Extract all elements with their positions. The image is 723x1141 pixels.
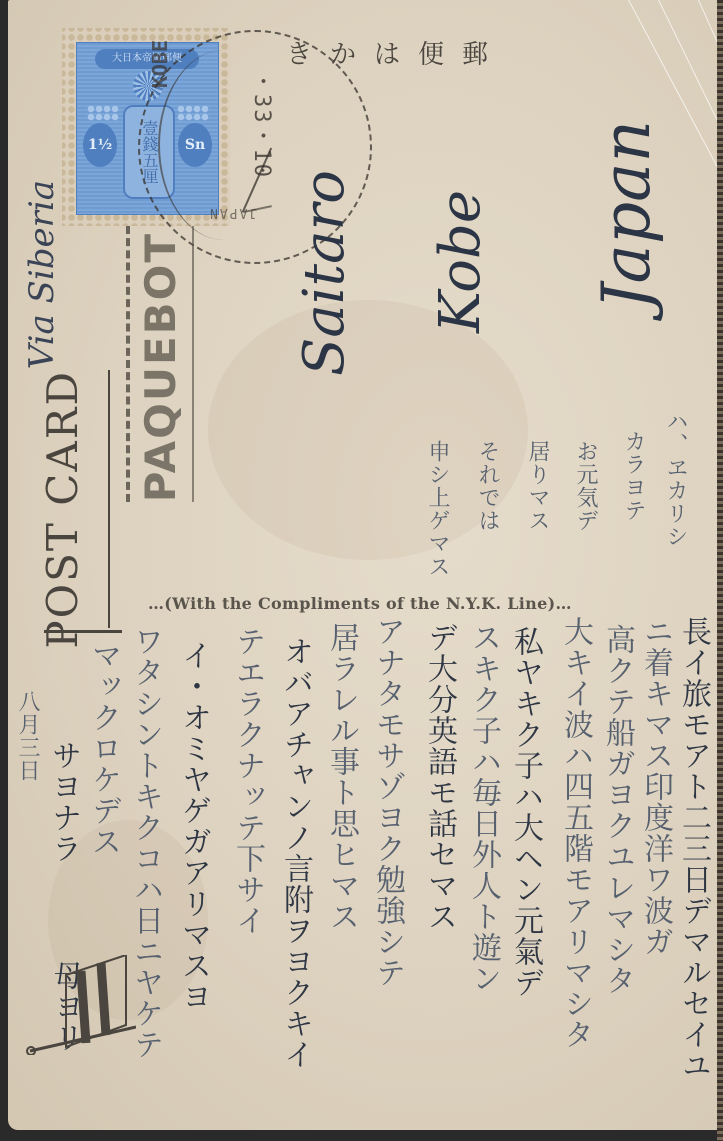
message-intro-line: カラヨテ <box>616 430 650 522</box>
ornament-icon <box>87 105 119 121</box>
paquebot-mark: PAQUEBOT <box>138 232 184 502</box>
closing: サヨナラ <box>46 740 80 864</box>
message-column: テエラクナッテ下サイ <box>230 626 264 936</box>
message-intro-line: 申シ上ゲマス <box>420 440 454 578</box>
address-country: Japan <box>588 120 665 310</box>
message-column: 高クテ船ガヨクユレマシタ <box>600 624 634 996</box>
flag-icon <box>26 955 136 1055</box>
divider-line <box>44 630 122 633</box>
divider-line <box>108 370 110 628</box>
stamp-value-left: 1½ <box>83 123 117 167</box>
postcard-title: POST CARD <box>38 370 87 649</box>
message-column: スキク子ハ毎日外人ト遊ン <box>466 622 500 994</box>
address-city: Kobe <box>428 190 493 333</box>
postmark-city: KOBE <box>148 40 172 88</box>
postmark-country: JAPAN <box>208 205 257 220</box>
routing-note: Via Siberia <box>22 180 62 369</box>
message-intro-line: それでは <box>470 440 504 532</box>
message-column: 居ラレル事ト思ヒマス <box>324 622 358 932</box>
postcard: 郵便はかき 大日本帝國郵便 壹錢五厘 1½ Sn KOBE ・33・10 JAP… <box>8 0 722 1130</box>
message-column: 大キイ波ハ四五階モアリマシタ <box>558 616 592 1050</box>
compliments-line: …(With the Compliments of the N.Y.K. Lin… <box>148 594 572 613</box>
message-column: ニ着キマス印度洋ワ波ガ <box>638 616 672 957</box>
card-edge <box>717 0 723 1141</box>
message-column: マックロケデス <box>86 640 120 857</box>
message-column: 私ヤキク子ハ大ヘン元氣デ <box>508 626 542 998</box>
message-intro-line: 居りマス <box>520 440 554 532</box>
message-intro-line: お元気デ <box>568 440 602 532</box>
message-column: イ・オミヤゲガアリマスヨ <box>176 640 210 1012</box>
date-note: 八月三日 <box>10 690 44 782</box>
message-column: 長イ旅モアト二三日デマルセイユ <box>676 616 710 1081</box>
message-column: オバアチャンノ言附ヲヨクキイ <box>278 636 312 1070</box>
message-column: デ大分英語モ話セマス <box>422 622 456 932</box>
address-name: Saitaro <box>292 170 357 376</box>
message-intro-line: ハ、ヱカリシ <box>658 410 692 548</box>
postmark-date: ・33・10 <box>246 70 277 179</box>
message-column: アナタモサゾヨク勉強シテ <box>370 616 404 988</box>
